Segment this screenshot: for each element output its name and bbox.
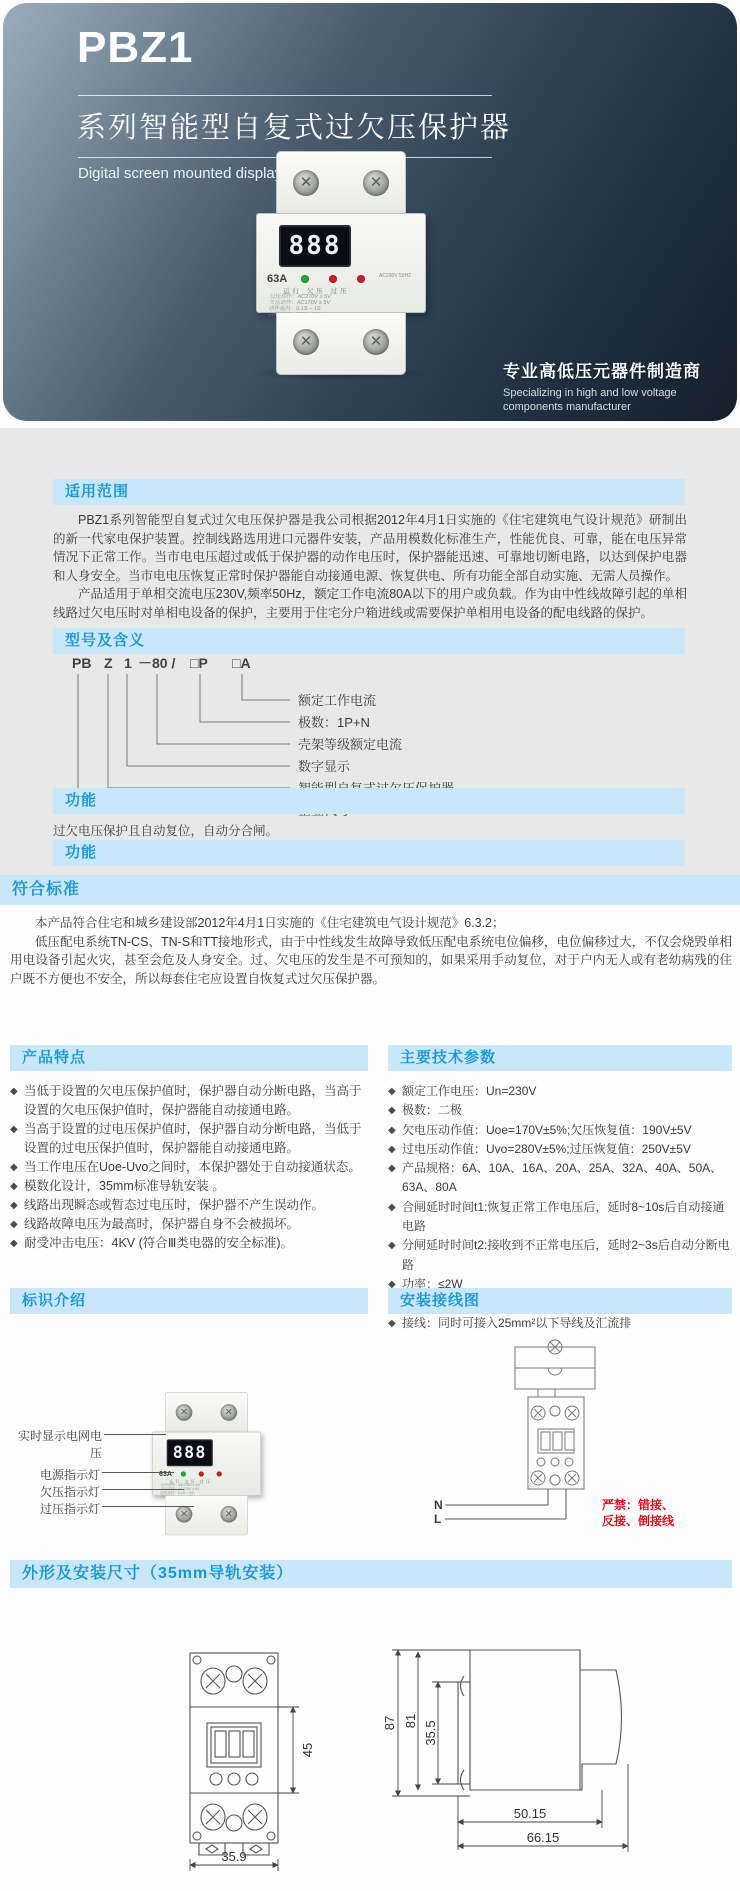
overvoltage-led-icon: [357, 275, 365, 283]
wiring-diagram: N L 严禁：错接、 反接、倒接线: [430, 1335, 680, 1535]
wire-legs: [538, 1389, 555, 1397]
dim-label-355: 35.5: [423, 1720, 438, 1745]
product-subtitle: 系列智能型自复式过欠压保护器: [77, 105, 511, 146]
neutral-label: N: [434, 1498, 443, 1512]
screw-icon: [363, 329, 389, 355]
corner-hole: [267, 1656, 275, 1664]
scope-paragraph-2: 产品适用于单相交流电压230V,频率50Hz，额定工作电流80A以下的用户或负载…: [53, 585, 687, 622]
model-code-part: □A: [232, 655, 251, 671]
screw-icon: [293, 329, 319, 355]
screw-crosses: [206, 1810, 262, 1824]
led-circle: [246, 1773, 258, 1785]
rail-hook: [461, 1676, 465, 1696]
scope-text: PBZ1系列智能型自复式过欠电压保护器是我公司根据2012年4月1日实施的《住宅…: [53, 511, 687, 622]
digit-cell: [541, 1432, 550, 1450]
dim-label-6615: 66.15: [527, 1830, 560, 1845]
model-code-part: Z: [104, 655, 113, 671]
load-symbol: [548, 1368, 562, 1375]
model-code-part: PB: [72, 655, 91, 671]
digit-cell: [229, 1731, 240, 1757]
features-list: 当低于设置的欠电压保护值时，保护器自动分断电路，当高于设置的欠电压保护值时，保护…: [10, 1082, 372, 1253]
slogan-en: Specializing in high and low voltage com…: [503, 386, 728, 414]
section-heading-function: 功能: [53, 788, 685, 814]
standards-text: 本产品符合住宅和城乡建设部2012年4月1日实施的《住宅建筑电气设计规范》6.3…: [10, 914, 732, 988]
param-item: 分闸延时时间t2:接收到不正常电压后，延时2~3s后自动分断电路: [388, 1236, 736, 1275]
rating-label: 63A: [267, 273, 287, 285]
model-label: 数字显示: [298, 759, 351, 774]
power-led-icon: [301, 275, 309, 283]
led-row: 63A AC230V 50HZ: [267, 273, 417, 285]
hero-banner: PBZ1 系列智能型自复式过欠压保护器 Digital screen mount…: [3, 3, 737, 421]
divider: [78, 95, 492, 96]
digit-cell: [215, 1731, 226, 1757]
feature-item: 当低于设置的欠电压保护值时，保护器自动分断电路，当高于设置的欠电压保护值时，保护…: [10, 1082, 372, 1120]
callout-line: [104, 1434, 166, 1435]
product-series-title: PBZ1: [77, 23, 193, 73]
model-callout-line: [157, 674, 290, 744]
dimension-side-view: 87 81 35.5 50.15 66.15: [370, 1638, 670, 1878]
side-profile: [470, 1650, 622, 1790]
param-item: 过电压动作值：Uvo=280V±5%;过压恢复值：250V±5V: [388, 1140, 736, 1159]
device-bottom-terminal: [165, 1496, 248, 1536]
slogan-cn: 专业高低压元器件制造商: [503, 357, 728, 382]
corner-hole: [193, 1832, 201, 1840]
model-callout-line: [127, 674, 290, 766]
neutral-wire: [445, 1489, 548, 1505]
display-inner: [211, 1727, 257, 1763]
device-front-panel: 888 63A AC230V 50HZ 运行 欠压 过压 过压动作：AC270V…: [256, 213, 426, 313]
dim-label-87: 87: [382, 1716, 397, 1730]
terminal-screw-icon: [550, 1475, 560, 1485]
led-circle: [537, 1458, 545, 1466]
marking-product-photo: 888 63A 运行 欠压 过压 过压动作：AC270V ± 5V 欠压动作：A…: [152, 1392, 261, 1535]
standards-paragraph-2: 低压配电系统TN-CS、TN-S和TT接地形式，由于中性线发生故障导致低压配电系…: [10, 933, 732, 989]
callout-power-led: 电源指示灯: [38, 1466, 100, 1483]
callout-undervoltage-led: 欠压指示灯: [38, 1483, 100, 1500]
screw-icon: [220, 1506, 237, 1523]
param-item: 产品规格：6A、10A、16A、20A、25A、32A、40A、50A、63A、…: [388, 1159, 736, 1198]
digit-cell: [553, 1432, 562, 1450]
corner-hole: [193, 1656, 201, 1664]
model-callout-line: [108, 674, 290, 788]
digit-cell: [243, 1731, 254, 1757]
display-outline: [538, 1429, 574, 1453]
callout-display: 实时显示电网电压: [18, 1427, 102, 1461]
undervoltage-led-icon: [329, 275, 337, 283]
scope-paragraph-1: PBZ1系列智能型自复式过欠电压保护器是我公司根据2012年4月1日实施的《住宅…: [53, 511, 687, 585]
live-label: L: [434, 1512, 441, 1526]
section-heading-function: 功能: [53, 840, 685, 866]
model-label: 额定工作电流: [298, 693, 376, 708]
callout-line: [102, 1489, 184, 1490]
led-circle: [551, 1458, 559, 1466]
screw-icon: [220, 1404, 237, 1421]
voltage-display: 888: [279, 225, 351, 267]
company-slogan: 专业高低压元器件制造商 Specializing in high and low…: [503, 357, 728, 414]
corner-hole: [267, 1832, 275, 1840]
feature-item: 线路故障电压为最高时，保护器自身不会被损坏。: [10, 1215, 372, 1234]
param-item: 额定工作电压：Un=230V: [388, 1082, 736, 1101]
section-heading-wiring: 安装接线图: [388, 1288, 732, 1314]
screw-icon: [293, 170, 319, 196]
screw-crosses: [206, 1674, 262, 1688]
power-led-icon: [181, 1471, 186, 1476]
param-item: 欠电压动作值：Uoe=170V±5%;欠压恢复值：190V±5V: [388, 1121, 736, 1140]
feature-item: 模数化设计，35mm标准导轨安装 。: [10, 1177, 372, 1196]
dimension-front-view: 45 35.9: [175, 1645, 325, 1875]
callout-line: [102, 1506, 194, 1507]
section-heading-features: 产品特点: [10, 1045, 368, 1071]
led-circle: [228, 1773, 240, 1785]
feature-item: 线路出现瞬态或暂态过电压时，保护器不产生误动作。: [10, 1196, 372, 1215]
feature-item: 耐受冲击电压：4KV (符合Ⅲ类电器的安全标准)。: [10, 1234, 372, 1253]
voltage-display: 888: [167, 1439, 213, 1466]
callout-line: [102, 1472, 174, 1473]
param-item: 极数：二极: [388, 1101, 736, 1120]
feature-item: 当高于设置的过电压保护值时，保护器自动分断电路，当低于设置的过电压保护值时，保护…: [10, 1120, 372, 1158]
section-heading-model: 型号及含义: [53, 628, 685, 654]
center-screw-icon: [226, 1666, 242, 1682]
ac-note: AC230V 50HZ: [379, 273, 411, 279]
dim-label-81: 81: [403, 1714, 418, 1728]
led-circle: [210, 1773, 222, 1785]
terminal-screw-icon: [550, 1406, 560, 1416]
product-photo: 888 63A AC230V 50HZ 运行 欠压 过压 过压动作：AC270V…: [256, 151, 426, 375]
param-item: 合闸延时时间t1:恢复正常工作电压后，延时8~10s后自动接通电路: [388, 1198, 736, 1237]
device-front-panel: 888 63A 运行 欠压 过压 过压动作：AC270V ± 5V 欠压动作：A…: [152, 1432, 261, 1496]
device-top-terminal: [165, 1392, 248, 1432]
dim-label-5015: 50.15: [514, 1806, 547, 1821]
dim-height-label: 45: [300, 1743, 315, 1757]
model-code-part: 1: [124, 655, 132, 671]
dim-width-label: 35.9: [221, 1849, 246, 1864]
section-heading-scope: 适用范围: [53, 479, 685, 505]
wiring-warning-line1: 严禁：错接、: [602, 1497, 674, 1512]
overvoltage-led-icon: [217, 1471, 222, 1476]
device-top-terminal: [276, 151, 406, 213]
feature-item: 当工作电压在Uoe-Uvo之间时，本保护器处于自动接通状态。: [10, 1158, 372, 1177]
digit-cell: [565, 1432, 574, 1450]
callout-overvoltage-led: 过压指示灯: [38, 1500, 100, 1517]
model-callout-line: [200, 674, 290, 722]
din-rail-plate: [458, 1682, 470, 1784]
screw-icon: [176, 1506, 193, 1523]
device-bottom-terminal: [276, 313, 406, 375]
tab-hole: [250, 1845, 262, 1853]
tab-hole: [206, 1845, 218, 1853]
model-label: 极数：1P+N: [298, 715, 370, 730]
standards-paragraph-1: 本产品符合住宅和城乡建设部2012年4月1日实施的《住宅建筑电气设计规范》6.3…: [10, 914, 732, 933]
screw-icon: [363, 170, 389, 196]
section-heading-marking: 标识介绍: [10, 1288, 368, 1314]
rail-hook: [461, 1770, 465, 1790]
section-heading-params: 主要技术参数: [388, 1045, 732, 1071]
screw-icon: [176, 1404, 193, 1421]
led-circle: [565, 1458, 573, 1466]
model-label: 壳架等级额定电流: [298, 737, 402, 752]
section-heading-dimensions: 外形及安装尺寸（35mm导轨安装）: [10, 1560, 732, 1588]
undervoltage-led-icon: [199, 1471, 204, 1476]
section-heading-standards: 符合标准: [0, 875, 740, 905]
wiring-warning-line2: 反接、倒接线: [602, 1513, 675, 1528]
model-code-part: －80 /: [138, 655, 175, 671]
center-screw-icon: [226, 1815, 242, 1831]
function-text: 过欠电压保护且自动复位，自动分合闸。: [53, 822, 687, 841]
model-code-part: □P: [190, 655, 208, 671]
param-item: 接线：同时可接入25mm²以下导线及汇流排: [388, 1314, 736, 1333]
datasheet-page: PBZ1 系列智能型自复式过欠压保护器 Digital screen mount…: [0, 0, 740, 1891]
model-callout-line: [242, 674, 290, 700]
